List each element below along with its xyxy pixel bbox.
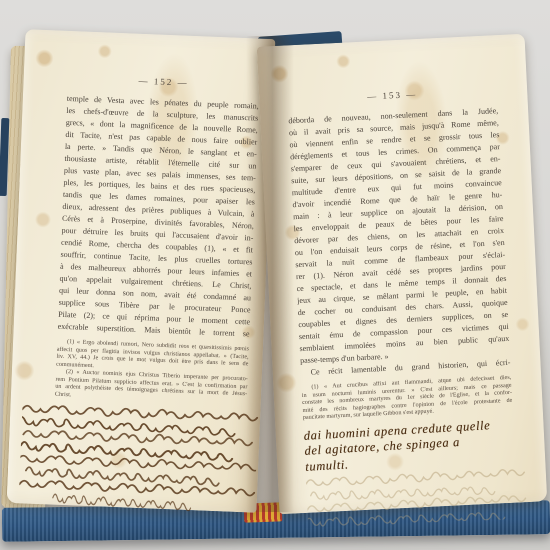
- page-header-152: — 152 —: [67, 73, 259, 94]
- right-page: — 153 — déborda de nouveau, non-seulemen…: [257, 34, 548, 515]
- handwriting-bleedthrough: [306, 466, 528, 529]
- left-page-footnotes: (1) « Ergo abolendi rumori, Nero subdidi…: [55, 339, 249, 407]
- right-page-body: déborda de nouveau, non-seulement dans l…: [288, 105, 511, 379]
- page-header-153: — 153 —: [287, 85, 497, 108]
- handwritten-annotation-left: [19, 402, 259, 513]
- left-page: — 152 — temple de Vesta avec les pénates…: [7, 29, 276, 513]
- right-page-footnotes: (1) « Aut crucibus affixi aut flammandi,…: [301, 375, 513, 423]
- left-page-body: temple de Vesta avec les pénates du peup…: [57, 93, 258, 341]
- handwritten-annotation-right: dai huomini apena credute quelledel agit…: [303, 417, 515, 474]
